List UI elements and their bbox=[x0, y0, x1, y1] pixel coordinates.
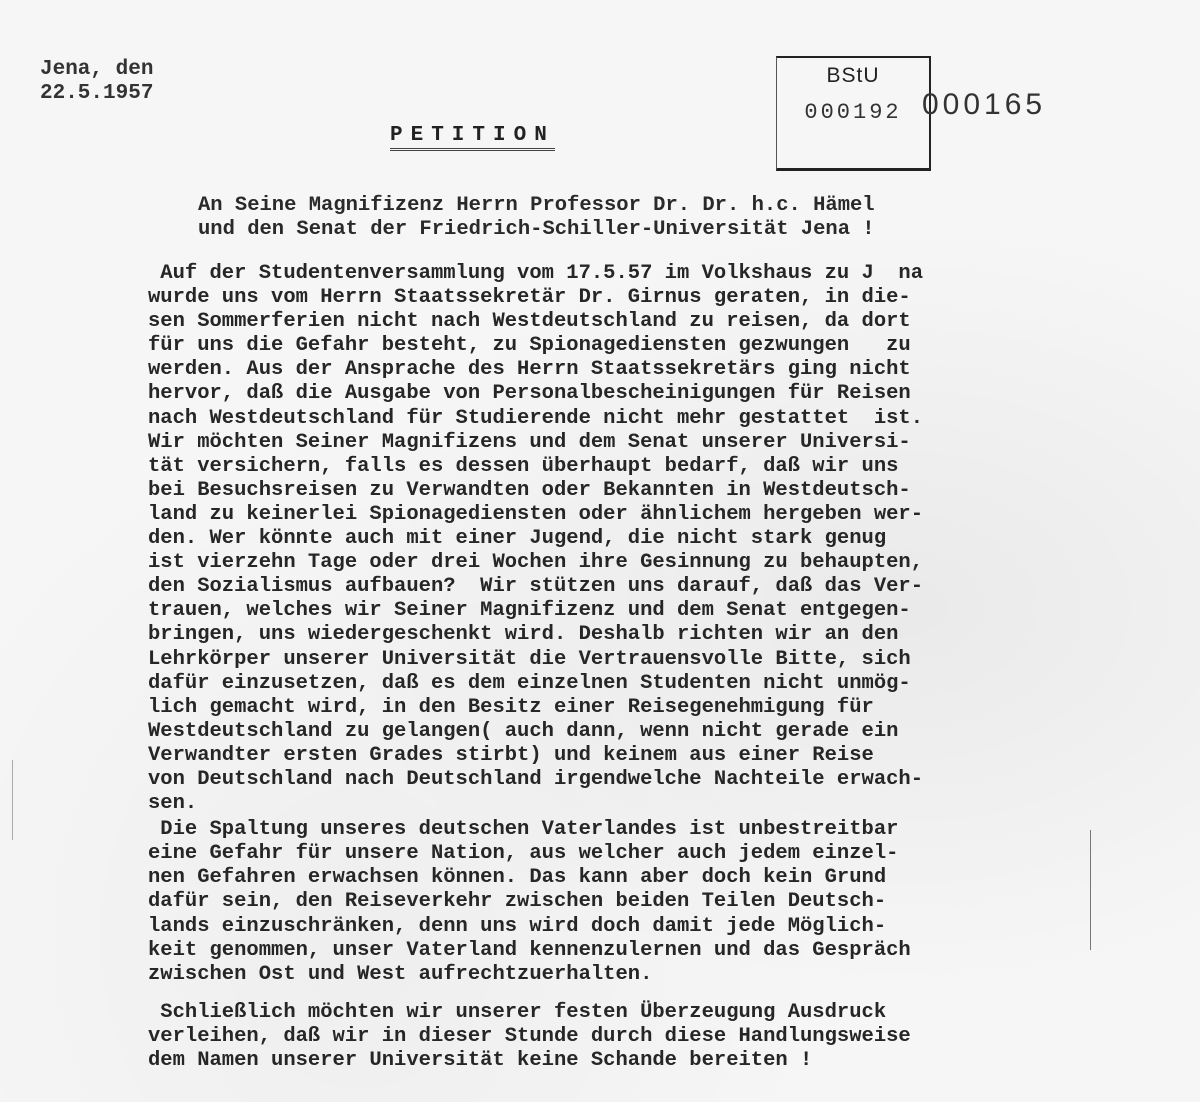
text-line: nach Westdeutschland für Studierende nic… bbox=[148, 407, 1148, 431]
text-line: lands einzuschränken, denn uns wird doch… bbox=[148, 915, 1148, 939]
text-line: dem Namen unserer Universität keine Scha… bbox=[148, 1049, 1148, 1073]
text-line: dafür einzusetzen, daß es dem einzelnen … bbox=[148, 672, 1148, 696]
stamp-agency: BStU bbox=[777, 64, 929, 88]
text-line: Lehrkörper unserer Universität die Vertr… bbox=[148, 648, 1148, 672]
addressee-line: An Seine Magnifizenz Herrn Professor Dr.… bbox=[198, 194, 875, 218]
text-line: dafür sein, den Reiseverkehr zwischen be… bbox=[148, 890, 1148, 914]
text-line: werden. Aus der Ansprache des Herrn Staa… bbox=[148, 358, 1148, 382]
dateline: Jena, den 22.5.1957 bbox=[40, 58, 153, 106]
text-line: eine Gefahr für unsere Nation, aus welch… bbox=[148, 842, 1148, 866]
dateline-place: Jena, den bbox=[40, 58, 153, 82]
text-line: bringen, uns wiedergeschenkt wird. Desha… bbox=[148, 623, 1148, 647]
text-line: Auf der Studentenversammlung vom 17.5.57… bbox=[148, 262, 1148, 286]
dateline-date: 22.5.1957 bbox=[40, 82, 153, 106]
page-number: 000165 bbox=[922, 88, 1046, 122]
text-line: sen Sommerferien nicht nach Westdeutschl… bbox=[148, 310, 1148, 334]
text-line: zwischen Ost und West aufrechtzuerhalten… bbox=[148, 963, 1148, 987]
archive-stamp: BStU 000192 bbox=[776, 56, 931, 171]
text-line: Westdeutschland zu gelangen( auch dann, … bbox=[148, 720, 1148, 744]
text-line: Die Spaltung unseres deutschen Vaterland… bbox=[148, 818, 1148, 842]
text-line: von Deutschland nach Deutschland irgendw… bbox=[148, 768, 1148, 792]
text-line: ist vierzehn Tage oder drei Wochen ihre … bbox=[148, 551, 1148, 575]
addressee: An Seine Magnifizenz Herrn Professor Dr.… bbox=[198, 194, 875, 242]
text-line: lich gemacht wird, in den Besitz einer R… bbox=[148, 696, 1148, 720]
text-line: trauen, welches wir Seiner Magnifizenz u… bbox=[148, 599, 1148, 623]
text-line: land zu keinerlei Spionagediensten oder … bbox=[148, 503, 1148, 527]
text-line: Verwandter ersten Grades stirbt) und kei… bbox=[148, 744, 1148, 768]
text-line: den Sozialismus aufbauen? Wir stützen un… bbox=[148, 575, 1148, 599]
text-line: bei Besuchsreisen zu Verwandten oder Bek… bbox=[148, 479, 1148, 503]
scanned-document-page: Jena, den 22.5.1957 BStU 000192 000165 P… bbox=[0, 0, 1200, 1102]
text-line: Wir möchten Seiner Magnifizens und dem S… bbox=[148, 431, 1148, 455]
text-line: sen. bbox=[148, 792, 1148, 816]
stamp-archive-number: 000192 bbox=[777, 100, 929, 125]
scan-artifact-line bbox=[1090, 830, 1091, 950]
text-line: für uns die Gefahr besteht, zu Spionaged… bbox=[148, 334, 1148, 358]
paragraph: Schließlich möchten wir unserer festen Ü… bbox=[148, 1001, 1148, 1073]
text-line: keit genommen, unser Vaterland kennenzul… bbox=[148, 939, 1148, 963]
text-line: wurde uns vom Herrn Staatssekretär Dr. G… bbox=[148, 286, 1148, 310]
addressee-line: und den Senat der Friedrich-Schiller-Uni… bbox=[198, 218, 875, 242]
text-line: Schließlich möchten wir unserer festen Ü… bbox=[148, 1001, 1148, 1025]
scan-artifact-line bbox=[12, 760, 13, 840]
document-title: PETITION bbox=[390, 124, 555, 151]
text-line: verleihen, daß wir in dieser Stunde durc… bbox=[148, 1025, 1148, 1049]
text-line: hervor, daß die Ausgabe von Personalbesc… bbox=[148, 382, 1148, 406]
text-line: tät versichern, falls es dessen überhaup… bbox=[148, 455, 1148, 479]
text-line: den. Wer könnte auch mit einer Jugend, d… bbox=[148, 527, 1148, 551]
paragraph: Auf der Studentenversammlung vom 17.5.57… bbox=[148, 262, 1148, 816]
petition-body: Auf der Studentenversammlung vom 17.5.57… bbox=[148, 262, 1148, 1073]
paragraph: Die Spaltung unseres deutschen Vaterland… bbox=[148, 818, 1148, 987]
text-line: nen Gefahren erwachsen können. Das kann … bbox=[148, 866, 1148, 890]
